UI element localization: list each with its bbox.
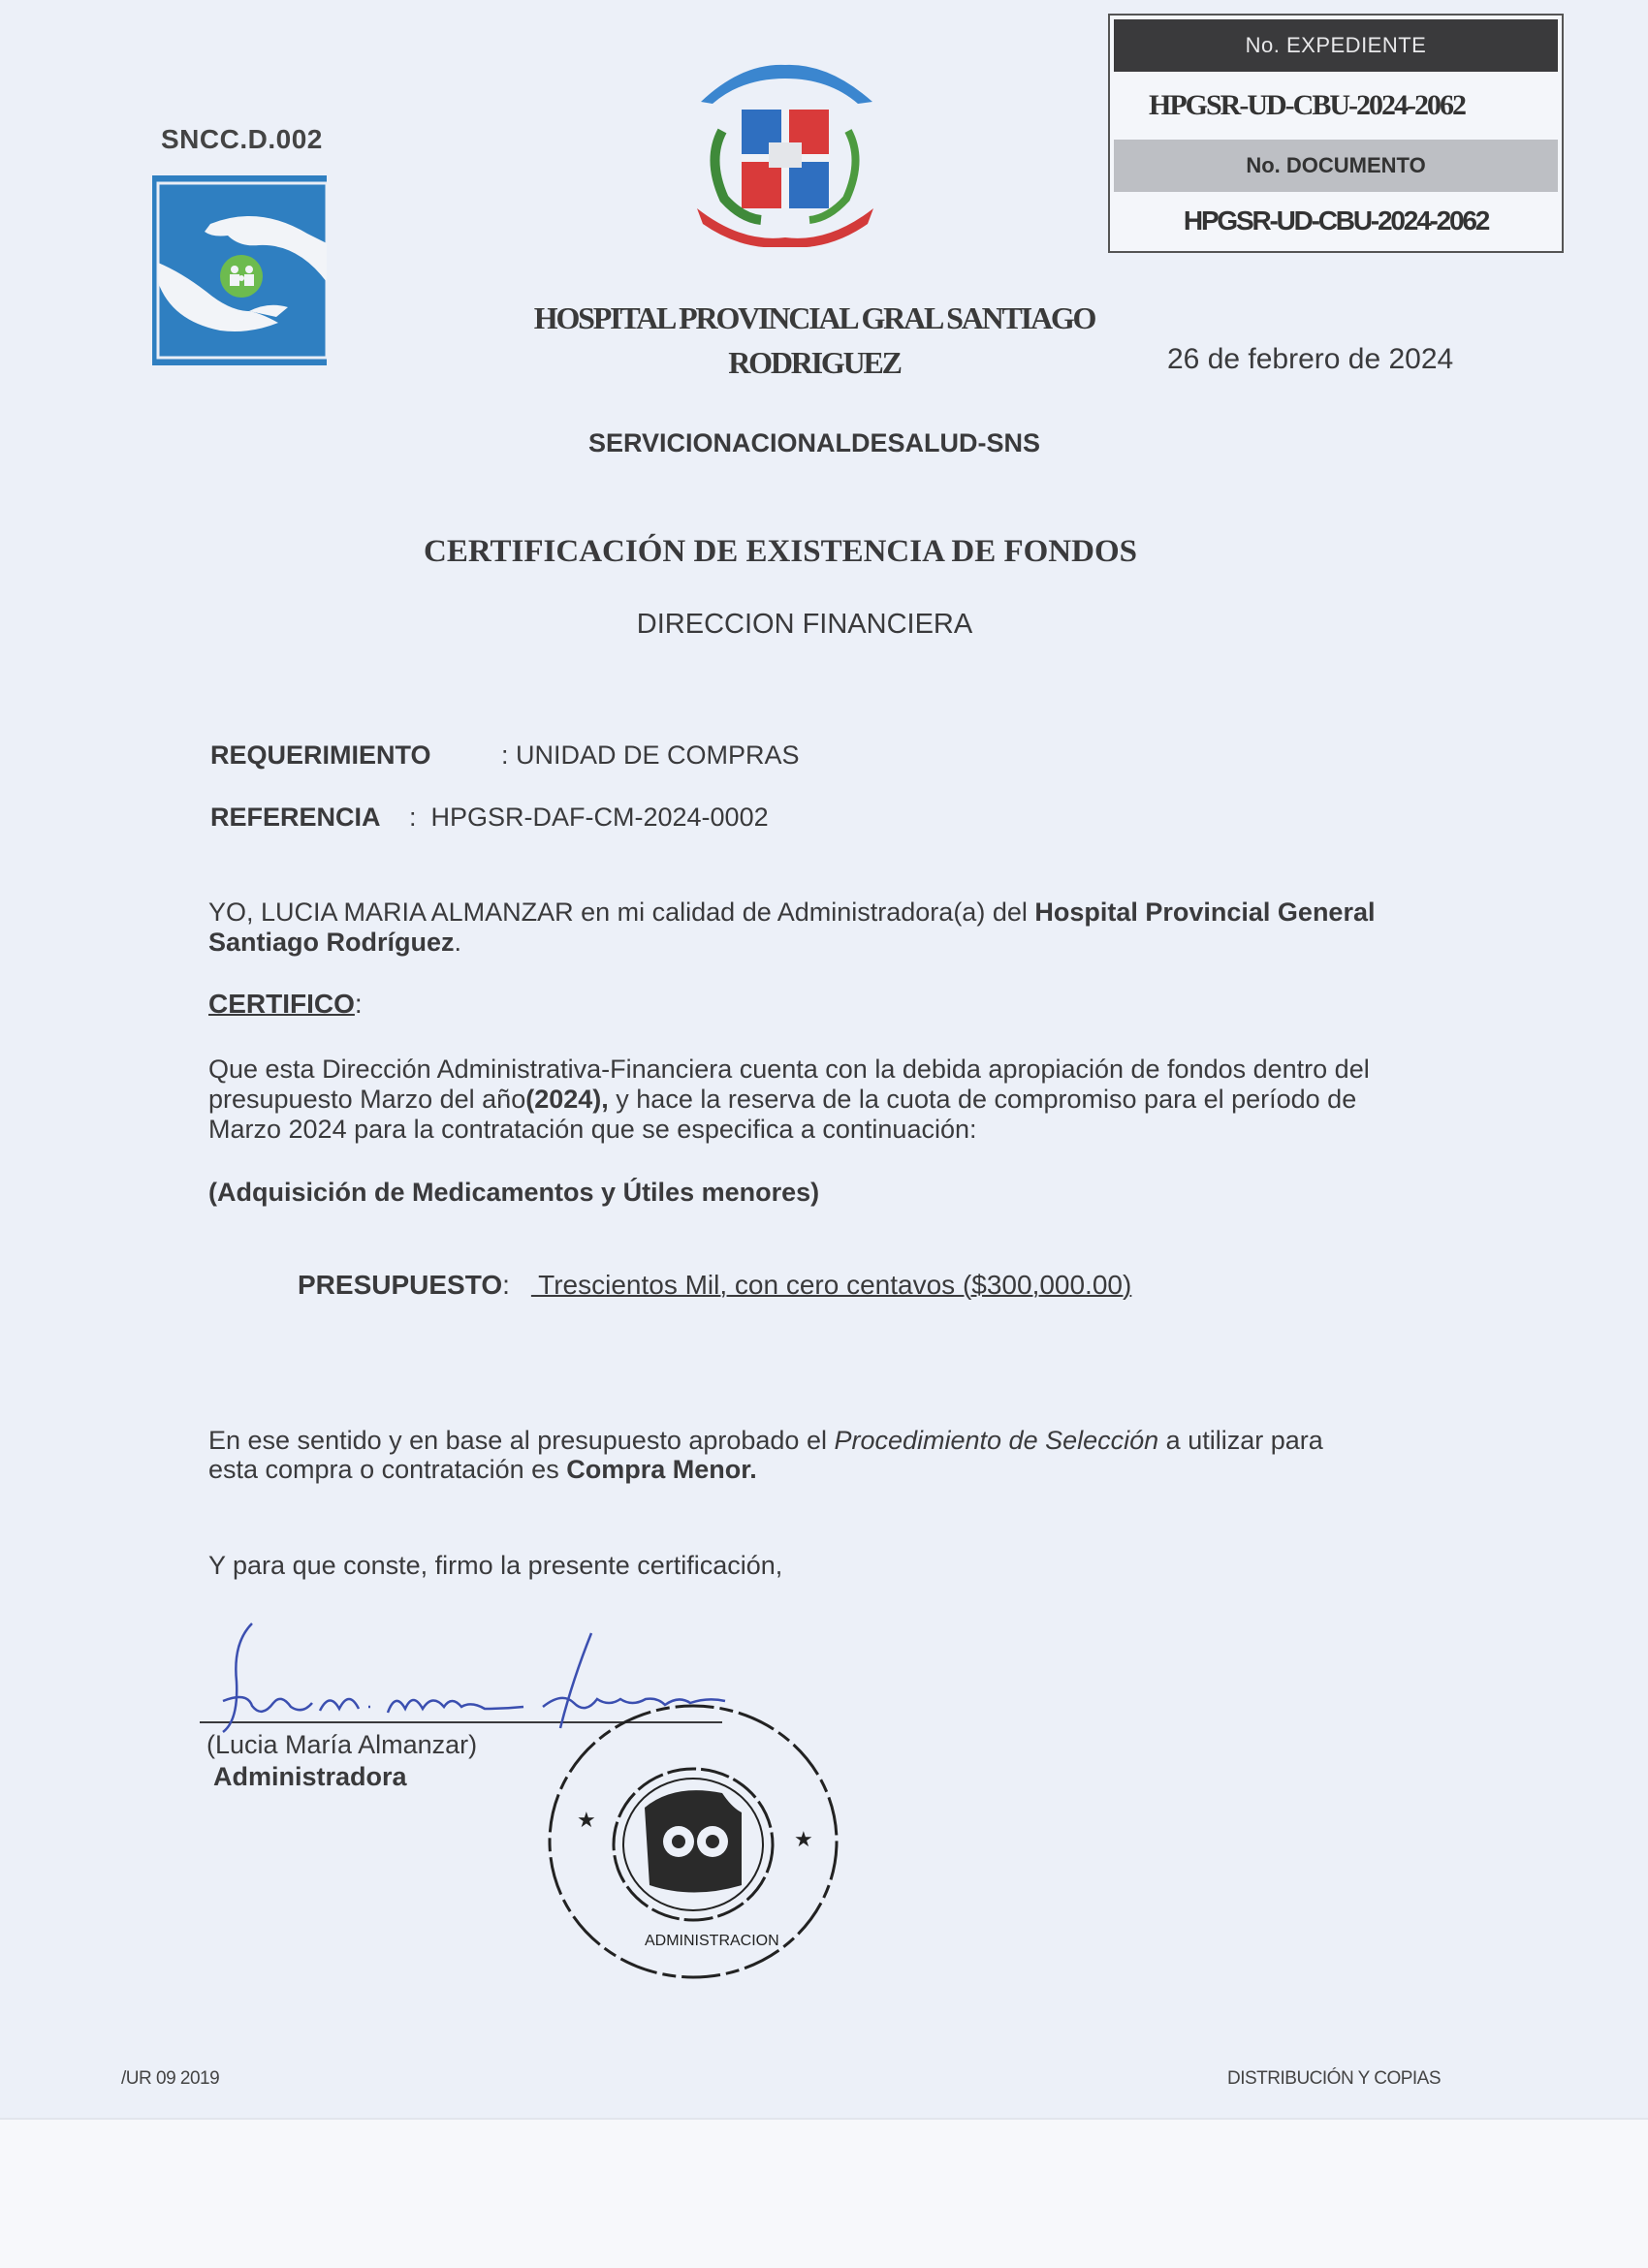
referencia-value: : HPGSR-DAF-CM-2024-0002 <box>409 803 769 832</box>
signer-name: (Lucia María Almanzar) <box>206 1730 477 1760</box>
procedure-type: Compra Menor. <box>566 1455 757 1484</box>
expediente-number: HPGSR-UD-CBU-2024-2062 <box>1110 89 1562 122</box>
signer-role: Administradora <box>213 1762 407 1792</box>
document-subtitle: DIRECCION FINANCIERA <box>388 609 1221 641</box>
institution-name: SERVICIONACIONALDESALUD-SNS <box>543 428 1086 458</box>
referencia-label: REFERENCIA <box>210 803 409 833</box>
page-edge <box>0 2118 1648 2120</box>
budget-line: PRESUPUESTO: Trescientos Mil, con cero c… <box>298 1270 1131 1301</box>
expediente-box: No. EXPEDIENTE HPGSR-UD-CBU-2024-2062 No… <box>1108 14 1564 253</box>
documento-number: HPGSR-UD-CBU-2024-2062 <box>1110 205 1562 236</box>
certifico-colon: : <box>355 989 363 1019</box>
coat-of-arms-icon <box>683 53 887 247</box>
certification-year: (2024), <box>525 1085 609 1114</box>
procurement-object: (Adquisición de Medicamentos y Útiles me… <box>208 1178 1435 1208</box>
footer-form-version: /UR 09 2019 <box>121 2068 219 2090</box>
official-stamp-icon: ★ ★ ADMINISTRACION <box>538 1691 858 1992</box>
svg-text:★: ★ <box>794 1827 813 1851</box>
form-code: SNCC.D.002 <box>161 124 323 155</box>
closing-line: Y para que conste, firmo la presente cer… <box>208 1551 1435 1581</box>
requerimiento-label: REQUERIMIENTO <box>210 740 501 771</box>
intro-period: . <box>455 928 462 957</box>
procedure-paragraph: En ese sentido y en base al presupuesto … <box>208 1426 1372 1484</box>
document-date: 26 de febrero de 2024 <box>1167 343 1453 376</box>
footer-distribution: DISTRIBUCIÓN Y COPIAS <box>1227 2068 1441 2090</box>
documento-label: No. DOCUMENTO <box>1114 140 1558 192</box>
hospital-name-line2: RODRIGUEZ <box>523 340 1105 385</box>
intro-paragraph: YO, LUCIA MARIA ALMANZAR en mi calidad d… <box>208 898 1435 958</box>
requerimiento-field: REQUERIMIENTO: UNIDAD DE COMPRAS <box>210 740 800 771</box>
budget-label: PRESUPUESTO <box>298 1270 502 1300</box>
sns-logo-icon <box>152 175 327 365</box>
svg-text:★: ★ <box>577 1808 596 1832</box>
certifico-heading: CERTIFICO: <box>208 989 363 1020</box>
procedure-type-label: Procedimiento de Selección <box>834 1426 1158 1455</box>
expediente-label: No. EXPEDIENTE <box>1114 19 1558 72</box>
document-title: CERTIFICACIÓN DE EXISTENCIA DE FONDOS <box>291 534 1270 570</box>
certification-paragraph: Que esta Dirección Administrativa-Financ… <box>208 1055 1435 1145</box>
budget-colon: : <box>502 1270 510 1300</box>
stamp-text: ADMINISTRACION <box>645 1933 779 1949</box>
hospital-name-line1: HOSPITAL PROVINCIAL GRAL SANTIAGO <box>523 296 1105 340</box>
certifico-label: CERTIFICO <box>208 989 355 1019</box>
referencia-field: REFERENCIA: HPGSR-DAF-CM-2024-0002 <box>210 803 769 833</box>
budget-amount: Trescientos Mil, con cero centavos ($300… <box>531 1270 1131 1300</box>
hospital-name: HOSPITAL PROVINCIAL GRAL SANTIAGO RODRIG… <box>523 296 1105 385</box>
procedure-text-a: En ese sentido y en base al presupuesto … <box>208 1426 834 1455</box>
intro-text: YO, LUCIA MARIA ALMANZAR en mi calidad d… <box>208 898 1034 927</box>
requerimiento-value: : UNIDAD DE COMPRAS <box>501 740 800 770</box>
